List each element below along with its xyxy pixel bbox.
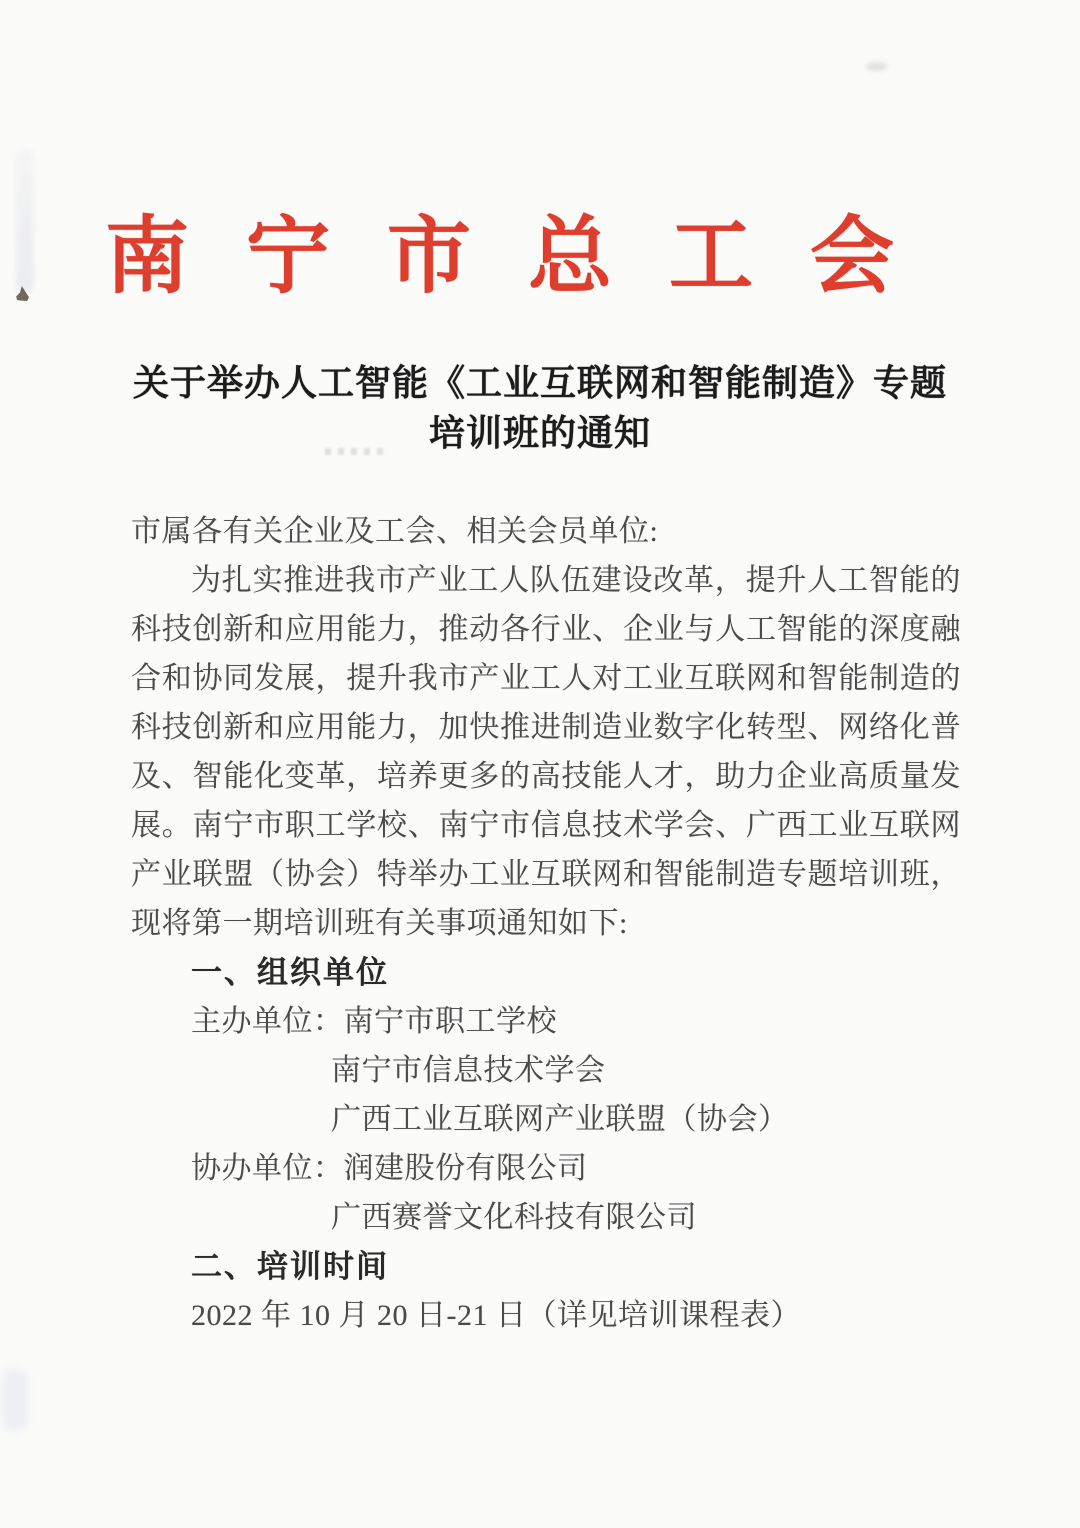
document-title-line2: 培训班的通知 xyxy=(0,408,1080,458)
document-body: 市属各有关企业及工会、相关会员单位: 为扎实推进我市产业工人队伍建设改革，提升人… xyxy=(131,507,961,1340)
scan-artifact-bottomleft-smudge xyxy=(2,1368,28,1432)
organizer-label xyxy=(191,1046,331,1095)
salutation: 市属各有关企业及工会、相关会员单位: xyxy=(131,507,961,556)
organizer-value: 南宁市职工学校 xyxy=(344,997,558,1046)
organizer-value: 广西赛誉文化科技有限公司 xyxy=(331,1193,697,1242)
organizer-row: 协办单位： 润建股份有限公司 xyxy=(131,1144,961,1193)
organizer-row: 广西工业互联网产业联盟（协会） xyxy=(131,1095,961,1144)
organizer-row: 主办单位： 南宁市职工学校 xyxy=(131,997,961,1046)
organizer-label xyxy=(191,1193,331,1242)
organizer-value: 南宁市信息技术学会 xyxy=(331,1046,606,1095)
section-heading-training-time: 二、培训时间 xyxy=(131,1242,961,1291)
scan-artifact-topright-smudge xyxy=(866,62,888,71)
organizer-label: 主办单位： xyxy=(191,997,344,1046)
organizer-value: 润建股份有限公司 xyxy=(344,1144,588,1193)
organizer-table: 主办单位： 南宁市职工学校 南宁市信息技术学会 广西工业互联网产业联盟（协会） … xyxy=(131,997,961,1242)
organizer-row: 广西赛誉文化科技有限公司 xyxy=(131,1193,961,1242)
scanned-notice-document: 南宁市总工会 关于举办人工智能《工业互联网和智能制造》专题 培训班的通知 市属各… xyxy=(0,0,1080,1528)
document-title-line1: 关于举办人工智能《工业互联网和智能制造》专题 xyxy=(0,358,1080,408)
section-heading-organizers: 一、组织单位 xyxy=(131,948,961,997)
organizer-label: 协办单位： xyxy=(191,1144,344,1193)
organizer-value: 广西工业互联网产业联盟（协会） xyxy=(331,1095,789,1144)
document-title: 关于举办人工智能《工业互联网和智能制造》专题 培训班的通知 xyxy=(0,358,1080,458)
organizer-row: 南宁市信息技术学会 xyxy=(131,1046,961,1095)
training-date: 2022 年 10 月 20 日-21 日（详见培训课程表） xyxy=(131,1291,961,1340)
organizer-label xyxy=(191,1095,331,1144)
intro-paragraph: 为扎实推进我市产业工人队伍建设改革，提升人工智能的科技创新和应用能力，推动各行业… xyxy=(131,556,961,948)
masthead-org-name: 南宁市总工会 xyxy=(0,206,1068,310)
